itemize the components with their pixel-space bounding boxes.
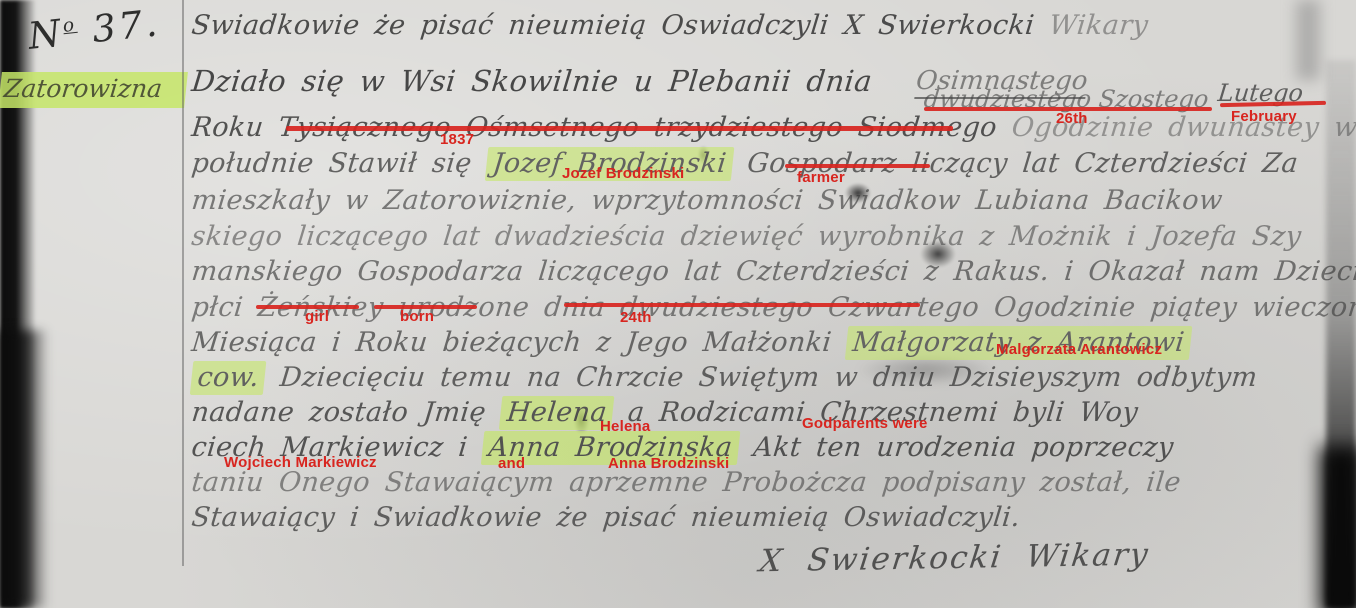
manuscript-text: mieszkały w Zatorowiznie, wprzytomności … <box>190 185 1224 216</box>
manuscript-line: południe Stawił się Jozef Brodzinski Gos… <box>190 148 1300 179</box>
page-edge-shadow-top-right <box>1296 0 1320 80</box>
manuscript-text: Działo się w Wsi Skowilnie u Plebanii dn… <box>190 64 874 98</box>
manuscript-text-faded: Wikary <box>1048 10 1150 41</box>
annotation-anna-brodzinski: Anna Brodzinski <box>608 455 729 472</box>
record-number-value: 37. <box>90 1 162 51</box>
annotation-farmer: farmer <box>797 169 845 186</box>
manuscript-text: Roku <box>190 112 280 143</box>
manuscript-line: Swiadkowie że pisać nieumieią Oswiadczyl… <box>190 10 1150 41</box>
highlight-mother-name-continued: cow. <box>190 361 267 395</box>
manuscript-text-faded: Ogodzinie dwunastey w <box>995 112 1356 143</box>
annotation-wojciech-markiewicz: Wojciech Markiewicz <box>224 454 377 471</box>
annotation-born: born <box>400 308 434 325</box>
annotation-and: and <box>498 455 525 472</box>
manuscript-line: manskiego Gospodarza liczącego lat Czter… <box>190 256 1356 287</box>
manuscript-line: Działo się w Wsi Skowilnie u Plebanii dn… <box>190 64 874 98</box>
margin-place-name: Zatorowizna <box>3 74 164 103</box>
margin-column-rule <box>182 0 184 566</box>
margin-place-name-highlight: Zatorowizna <box>0 72 188 108</box>
manuscript-line: skiego liczącego lat dwadzieścia dziewię… <box>190 221 1303 252</box>
scanned-birth-record: No 37. Zatorowizna Swiadkowie że pisać n… <box>0 0 1356 608</box>
manuscript-text: Dziecięciu temu na Chrzcie Swiętym w dni… <box>263 362 1259 393</box>
manuscript-line: mieszkały w Zatorowiznie, wprzytomności … <box>190 185 1224 216</box>
record-number: No 37. <box>26 1 162 58</box>
manuscript-text: Miesiąca i Roku bieżących z Jego Małżonk… <box>190 327 848 358</box>
manuscript-text: skiego liczącego lat dwadzieścia dziewię… <box>190 221 1303 252</box>
record-number-prefix: N <box>26 11 66 57</box>
book-binding-shadow-lower <box>0 330 48 608</box>
page-corner-shadow <box>1320 446 1356 608</box>
highlight-child-name: Helena <box>499 396 615 430</box>
priest-signature: X Swierkocki Wikary <box>757 537 1151 580</box>
manuscript-text: południe Stawił się <box>190 148 488 179</box>
annotation-26th: 26th <box>1056 110 1088 127</box>
record-number-ordinal: o <box>62 14 78 36</box>
manuscript-text: Akt ten urodzenia poprzeczy <box>737 432 1175 463</box>
manuscript-line: Stawaiący i Swiadkowie że pisać nieumiei… <box>190 502 1022 533</box>
manuscript-text: płci Żeńskiey urodzone dnia dwudziestego… <box>190 292 1356 323</box>
annotation-helena: Helena <box>600 418 650 435</box>
manuscript-line: płci Żeńskiey urodzone dnia dwudziestego… <box>190 292 1356 323</box>
annotation-godparents-were: Godparents were <box>802 415 928 432</box>
red-underline-1837 <box>286 126 953 131</box>
manuscript-text: Swiadkowie że pisać nieumieią Oswiadczyl… <box>190 10 1051 41</box>
annotation-girl: girl <box>305 308 329 325</box>
manuscript-text: Stawaiący i Swiadkowie że pisać nieumiei… <box>190 502 1022 533</box>
manuscript-line: nadane zostało Jmię Helena a Rodzicami C… <box>190 397 1140 428</box>
manuscript-text: nadane zostało Jmię <box>190 397 503 428</box>
annotation-february: February <box>1231 108 1297 125</box>
annotation-malgorzata-arantowicz: Malgorzata Arantowicz <box>996 341 1162 358</box>
annotation-jozef-brodzinski: Jozef Brodzinski <box>562 165 684 182</box>
red-underline-24th <box>564 303 920 307</box>
manuscript-line: cow. Dziecięciu temu na Chrzcie Swiętym … <box>190 362 1259 393</box>
annotation-24th: 24th <box>620 309 652 326</box>
manuscript-text: manskiego Gospodarza liczącego lat Czter… <box>190 256 1356 287</box>
red-underline-farmer <box>785 164 930 168</box>
annotation-1837: 1837 <box>440 131 474 148</box>
